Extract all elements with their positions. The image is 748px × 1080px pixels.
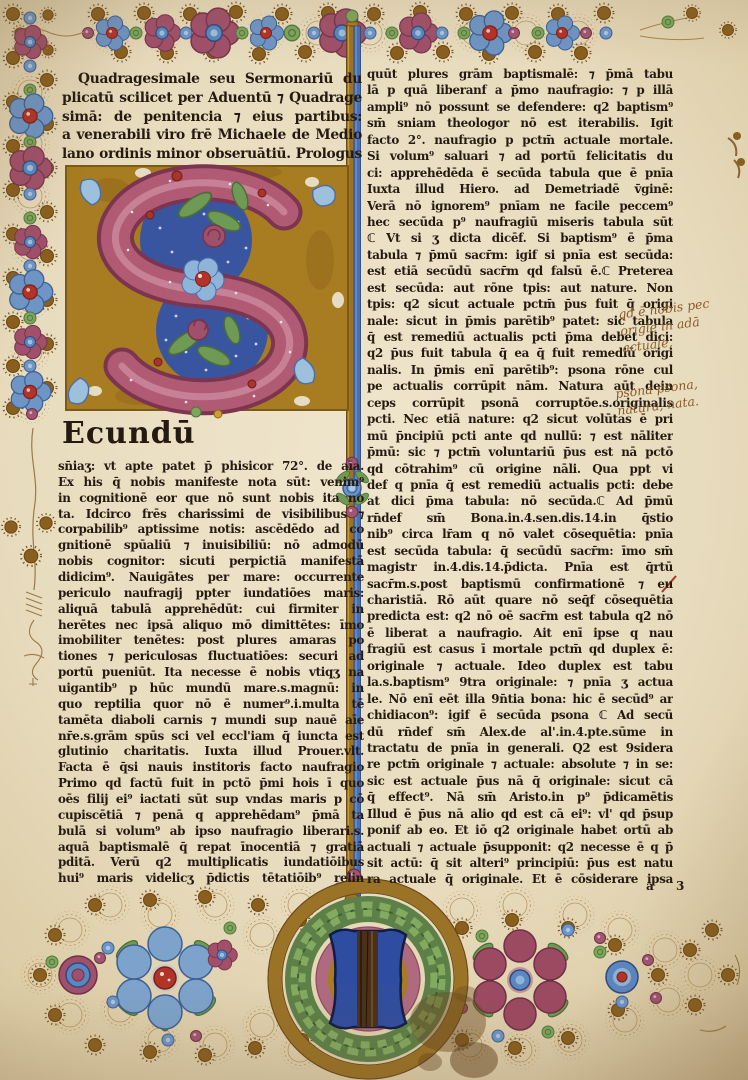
text-line: corpabilib⁹ aptissime notis: ascēdēdo ad… bbox=[58, 522, 364, 538]
text-line: pditā. Verū q2 multiplicatis iundatiōibu… bbox=[58, 855, 364, 871]
text-line: a venerabili viro frē Michaele de Medio bbox=[62, 126, 362, 145]
text-line: chidiacon⁹: igif ē secūda psona ℂ Ad sec… bbox=[367, 707, 673, 723]
text-line: uigantib⁹ p hūc mundū mare.s.magnū: in bbox=[58, 681, 364, 697]
text-line: le. Nō enī eēt illa 9n̄tia bona: hic ē s… bbox=[367, 691, 673, 707]
text-line: est secūda: aut rōne tpis: aut nature. N… bbox=[367, 280, 673, 296]
text-line: hec secūda p⁹ naufragiū miseris tabula s… bbox=[367, 214, 673, 230]
right-margin-penwork bbox=[728, 132, 745, 178]
top-border-ornament bbox=[12, 3, 736, 64]
text-line: periculo naufragij ppter iundatiōes mari… bbox=[58, 586, 364, 602]
text-line: sm̄ sniam theologor nō est iterabilis. I… bbox=[367, 115, 673, 131]
corner-curls bbox=[68, 179, 335, 404]
text-line: at dici p̄ma tabula: nō secūda.ℂ Ad p̄mū bbox=[367, 493, 673, 509]
text-line: mū p̄ncipiū pcti ante qd nullū: ⁊ est nā… bbox=[367, 428, 673, 444]
text-line: quūt plures grām baptismalē: ⁊ p̄mā tabu bbox=[367, 66, 673, 82]
text-line: def q pnīa q̄ est remediū actualis pcti:… bbox=[367, 477, 673, 493]
text-line: gnitionē spūaliū ⁊ inuisibiliū: nō admod… bbox=[58, 538, 364, 554]
text-line: tamēta diaboli carnis ⁊ mundi sup nauē a… bbox=[58, 713, 364, 729]
text-line: plicatū scilicet per Aduentū ⁊ Quadrage bbox=[62, 89, 362, 108]
incipit-header: Quadragesimale seu Sermonariū duplicatū … bbox=[62, 70, 362, 164]
text-line: imobiliter tenētes: post plures amaras p… bbox=[58, 633, 364, 649]
text-line: p̄mū: sic ⁊ pctm̄ voluntariū p̄us est nā… bbox=[367, 444, 673, 460]
text-line: bulā si volum⁹ ab ipso naufragio liberar… bbox=[58, 824, 364, 840]
text-line: Illud ē p̄us nā alio qd est cā ei⁹: vl' … bbox=[367, 806, 673, 822]
left-text-column: sn̄iaʒ: vt apte patet p̄ phisicor 72°. d… bbox=[58, 459, 364, 887]
text-line: rn̄def sm̄ Bona.in.4.sen.dis.14.in q̄sti… bbox=[367, 510, 673, 526]
bottom-blue-flower bbox=[102, 922, 237, 1046]
text-line: didicim⁹. Nauigātes per mare: occurrente bbox=[58, 570, 364, 586]
text-line: nalis. In p̄mis enī parētib⁹: psona rōne… bbox=[367, 362, 673, 378]
text-line: lano ordinis minor obseruātiū. Prologus bbox=[62, 145, 362, 164]
initial-central-flower bbox=[182, 258, 224, 301]
illuminated-initial-S bbox=[66, 165, 348, 418]
text-line: in cognitionē eor que nō sunt nobis ita … bbox=[58, 491, 364, 507]
text-line: nib⁹ circa lr̄am q nō valet cōsequētia: … bbox=[367, 526, 673, 542]
text-line: actuali ⁊ actuale p̄supponit: q2 necesse… bbox=[367, 839, 673, 855]
right-text-column: quūt plures grām baptismalē: ⁊ p̄mā tabu… bbox=[367, 66, 673, 888]
text-line: charistiā. Rō aūt quare nō seq̄f cōsequē… bbox=[367, 592, 673, 608]
text-line: fragiū est casus ī mortale pctm̄ qd dupl… bbox=[367, 641, 673, 657]
text-line: portū pueniūt. Ita necesse ē nobis vtiqʒ… bbox=[58, 665, 364, 681]
bottom-pink-rose bbox=[457, 924, 575, 1042]
ink-stain bbox=[410, 986, 498, 1078]
text-line: dū rn̄def sm̄ Alex.de al'.in.4.pte.sūme … bbox=[367, 724, 673, 740]
text-line: ampli⁹ nō possunt se defendere: q2 bapti… bbox=[367, 99, 673, 115]
text-line: Ex his q̄ nobis manifeste nota sūt: veni… bbox=[58, 475, 364, 491]
text-line: Si volum⁹ saluari ⁊ ad portū felicitatis… bbox=[367, 148, 673, 164]
text-line: sacr̄m.s.post baptismū confirmationē ⁊ e… bbox=[367, 576, 673, 592]
text-line: aliquā tabulā apprehēdūt: cui firmiter i… bbox=[58, 602, 364, 618]
text-line: q̄ effect⁹. Nā sm̄ Aristo.in p⁹ p̄dicamē… bbox=[367, 789, 673, 805]
text-line: re pctm̄ originale ⁊ actuale: absolute ⁊… bbox=[367, 756, 673, 772]
opening-line-heading: Ecundū philosophi bbox=[62, 412, 360, 458]
text-line: quo reptilia quor nō ē numer⁹.i.multa tē bbox=[58, 697, 364, 713]
text-line: oēs filij ei⁹ iactati sūt sup vndas mari… bbox=[58, 792, 364, 808]
text-line: ta. Idcirco frēs charissimi de visibilib… bbox=[58, 507, 364, 523]
manuscript-page: Quadragesimale seu Sermonariū duplicatū … bbox=[0, 0, 748, 1080]
handwritten-margin-note-1: qd ē nobis pecorigle in adāactuale, bbox=[617, 295, 714, 357]
text-line: aquā baptismalē q̄ repat īnocentiā ⁊ gra… bbox=[58, 840, 364, 856]
text-line: Primo qd factū fuit in pctō p̄mi hois ī … bbox=[58, 776, 364, 792]
text-line: est secūda tabula: q̄ secūdū sacr̄m: īmo… bbox=[367, 543, 673, 559]
text-line: qd cōtrahim⁹ cū origine nāli. Qua ppt vi bbox=[367, 461, 673, 477]
text-line: Verā nō ignorem⁹ pnīam ne facile peccem⁹ bbox=[367, 198, 673, 214]
text-line: tractatu de pnīa in generali. Q2 est 9si… bbox=[367, 740, 673, 756]
text-line: facto 2°. naufragio p pctm̄ actuale mort… bbox=[367, 132, 673, 148]
text-line: hui⁹ maris videlicʒ p̄dictis tētatiōib⁹ … bbox=[58, 871, 364, 887]
text-line: est etiā secūdū sacr̄m qd falsū ē.ℂ Pret… bbox=[367, 263, 673, 279]
bottom-border-ornament bbox=[21, 879, 740, 1079]
bottom-right-blue-flower bbox=[594, 933, 662, 1009]
shield bbox=[330, 930, 406, 1029]
text-line: la.s.baptism⁹ 9tra originale: ⁊ pnīa ʒ a… bbox=[367, 674, 673, 690]
text-line: nr̄e.s.grām spūs sci vel eccl'iam q̄ iun… bbox=[58, 729, 364, 745]
text-line: predicta est: q2 nō oē sacr̄m est tabula… bbox=[367, 608, 673, 624]
quire-signature-mark: a 3 bbox=[646, 879, 693, 893]
text-line: tiones ⁊ periculosas fluctuatiōes: secur… bbox=[58, 649, 364, 665]
text-line: ponif ab eo. Et iō q2 originale habet or… bbox=[367, 822, 673, 838]
text-line: sn̄iaʒ: vt apte patet p̄ phisicor 72°. d… bbox=[58, 459, 364, 475]
text-line: ē liberat a naufragio. Ait enī ipse q na… bbox=[367, 625, 673, 641]
text-line: lā p quā liberanf a p̄mo naufragio: ⁊ p … bbox=[367, 82, 673, 98]
left-border-ornament bbox=[2, 5, 57, 687]
text-line: Quadragesimale seu Sermonariū du bbox=[62, 70, 362, 89]
text-line: glutinio charitatis. Iuxta illud Prouer.… bbox=[58, 744, 364, 760]
text-line: sit actū: q̄ sit alteri⁹ principiū: p̄us… bbox=[367, 855, 673, 871]
text-line: magistr in.4.dis.14.p̄dicta. Pnīa est q̄… bbox=[367, 559, 673, 575]
text-line: Facta ē q̄si nauis institoris facto nauf… bbox=[58, 760, 364, 776]
text-line: sic est actuale p̄us nā q̄ originale: si… bbox=[367, 773, 673, 789]
text-line: ra actuale q̄ originale. Et ē cōsiderare… bbox=[367, 871, 673, 887]
text-line: ci: apprehēdēda ē secūda tabula que ē pn… bbox=[367, 165, 673, 181]
text-line: herētes nec ipsā aliquo mō dimittētes: ī… bbox=[58, 618, 364, 634]
text-line: ℂ Vt si ʒ dicta dicēf. Si baptism⁹ ē p̄m… bbox=[367, 230, 673, 246]
text-line: simā: de penitencia ⁊ eius partibus: Edi… bbox=[62, 108, 362, 127]
acanthus-leaves-top bbox=[146, 171, 266, 247]
text-line: nobis cognitor: sicuti perpictiā manifes… bbox=[58, 554, 364, 570]
acanthus-leaves-bottom bbox=[154, 314, 256, 418]
bottom-purple-flower bbox=[46, 953, 106, 995]
text-line: cupiscētiā ⁊ penā q apprehēdam⁹ p̄mā ta bbox=[58, 808, 364, 824]
text-line: Iuxta illud Hiero. ad Demetriadē v̄ginē: bbox=[367, 181, 673, 197]
text-line: originale ⁊ actuale. Ideo duplex est tab… bbox=[367, 658, 673, 674]
text-line: tabula ⁊ p̄mū sacr̄m: igif si pnīa est s… bbox=[367, 247, 673, 263]
armorial-medallion bbox=[268, 879, 468, 1079]
